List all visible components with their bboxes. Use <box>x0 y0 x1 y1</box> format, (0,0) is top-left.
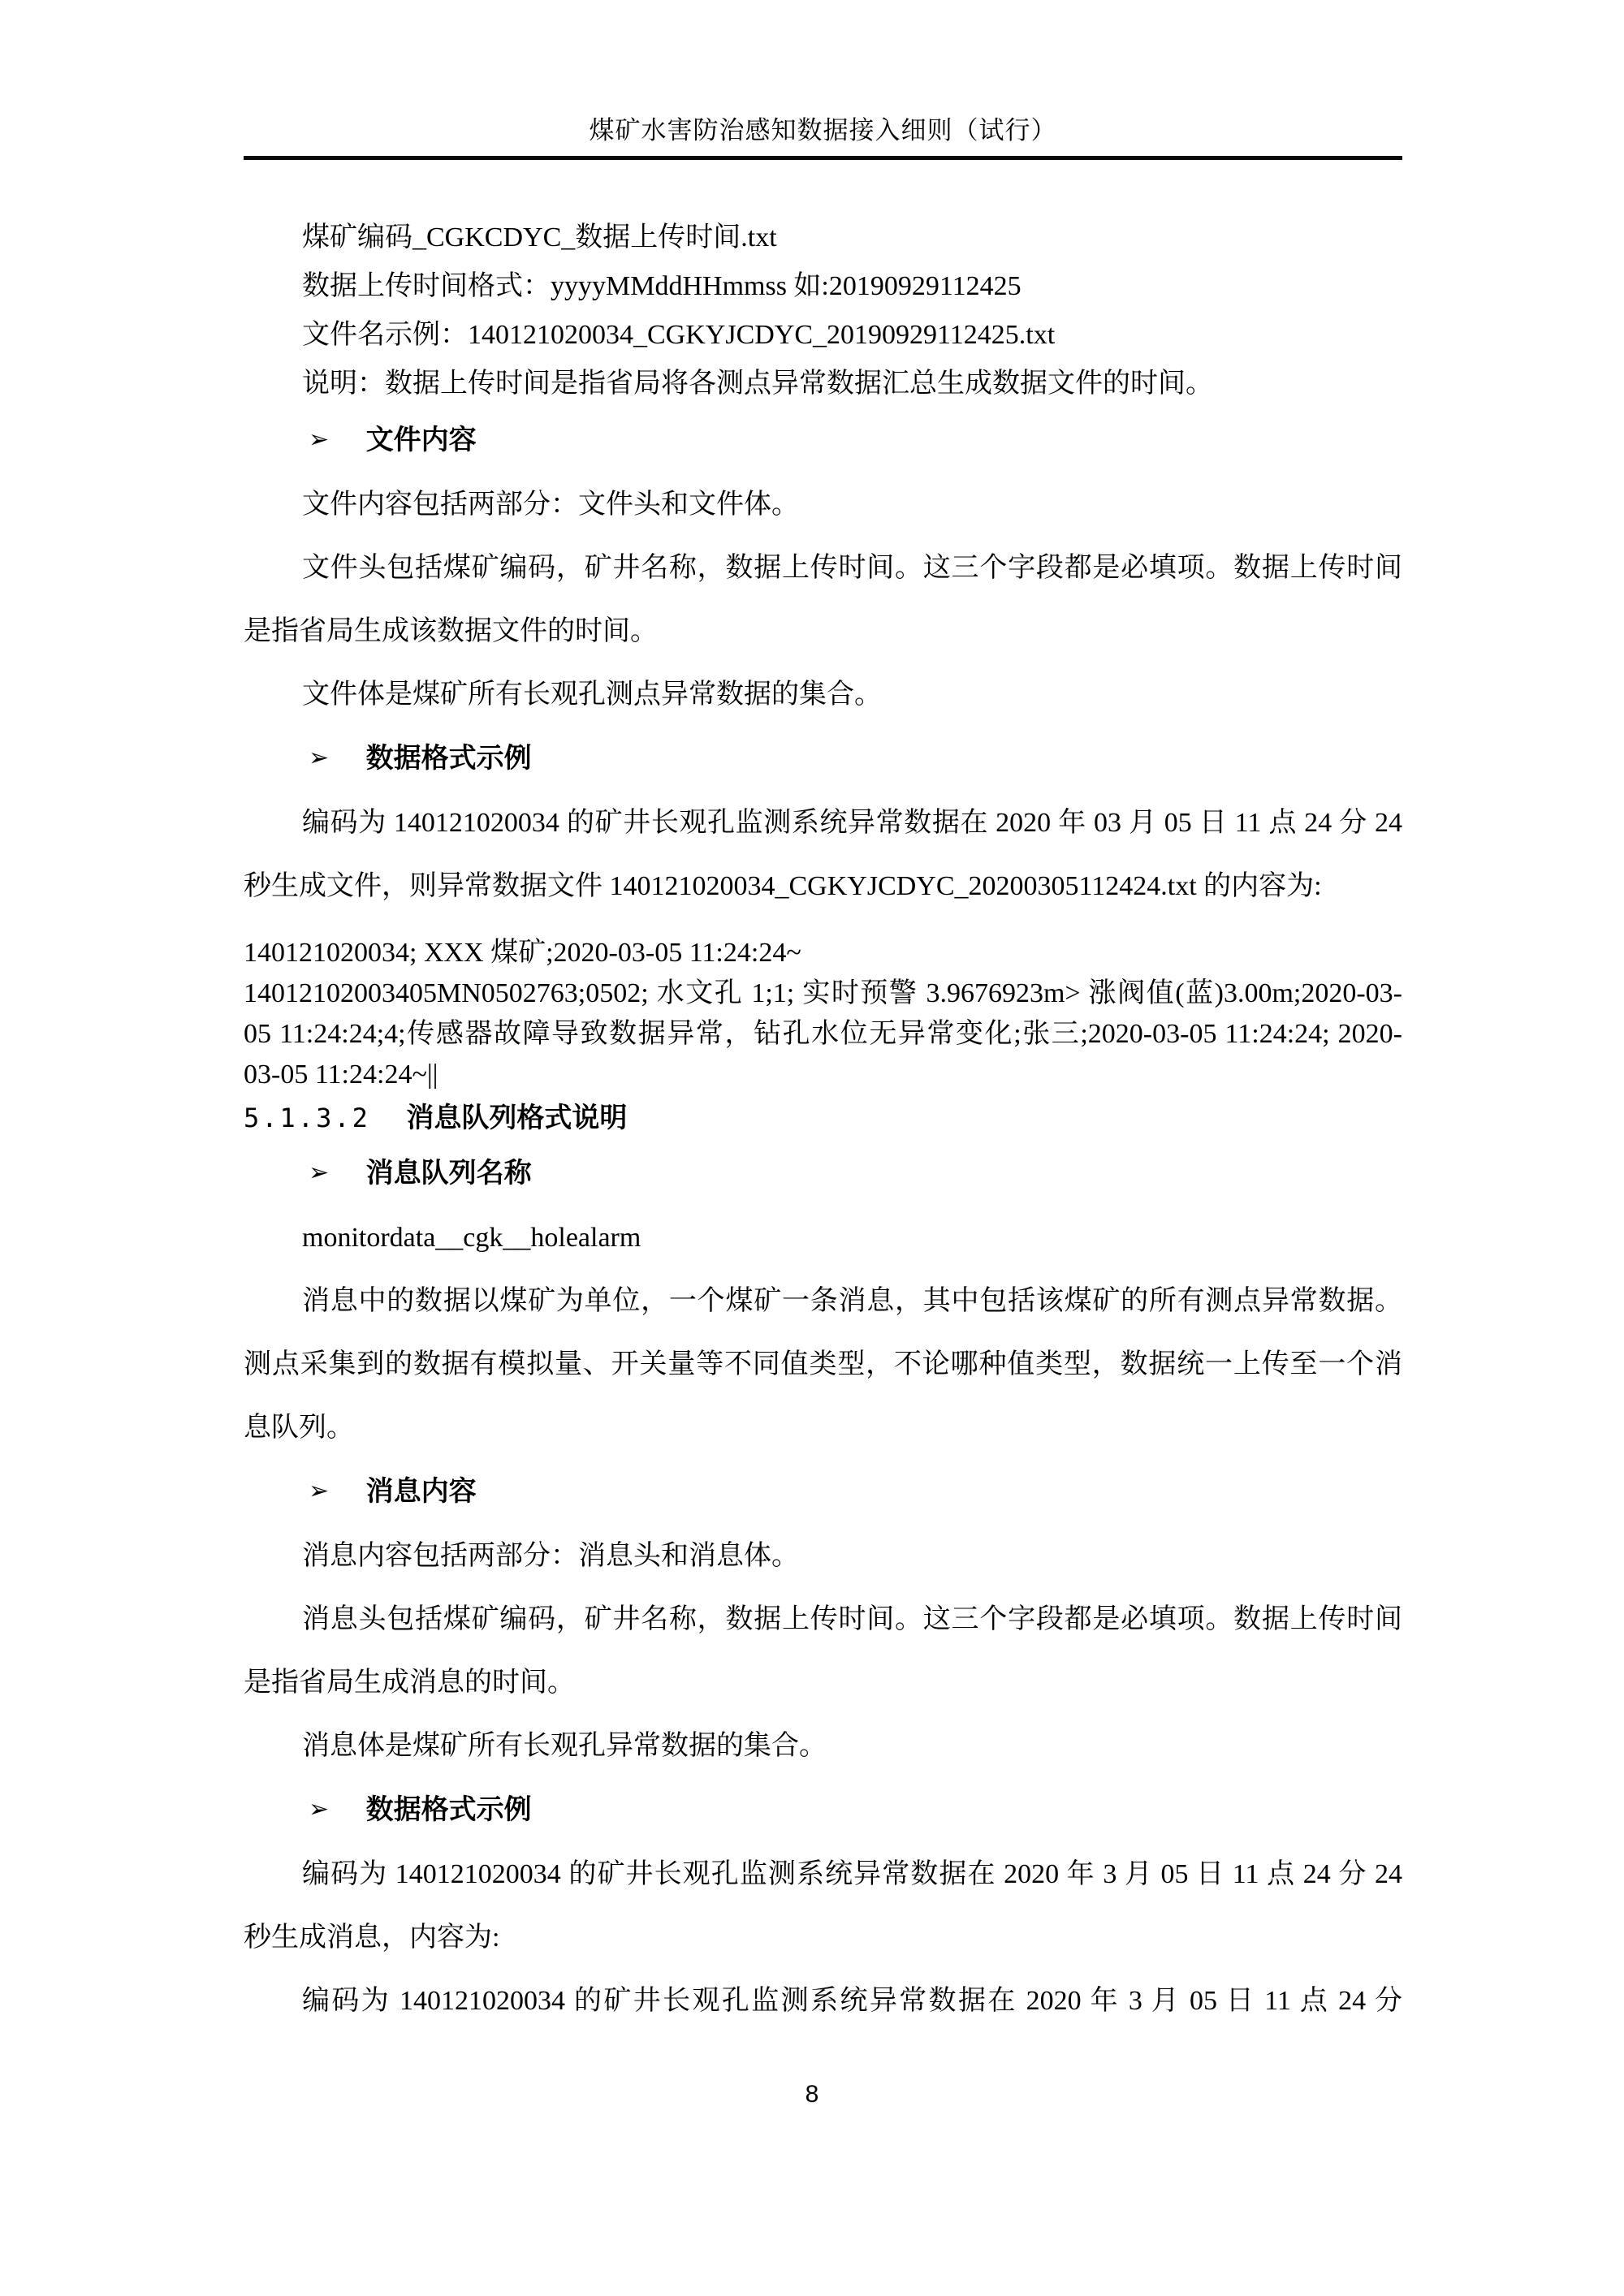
message-queue-name-line: monitordata__cgk__holealarm <box>244 1206 1402 1270</box>
file-name-template-line: 煤矿编码_CGKCDYC_数据上传时间.txt <box>244 214 1402 262</box>
arrow-bullet-icon: ➢ <box>309 1159 329 1187</box>
message-example-description: 编码为 140121020034 的矿井长观孔监测系统异常数据在 2020 年 … <box>244 1843 1402 1970</box>
file-note-line: 说明：数据上传时间是指省局将各测点异常数据汇总生成数据文件的时间。 <box>244 360 1402 408</box>
arrow-bullet-icon: ➢ <box>309 425 329 454</box>
file-header-description: 文件头包括煤矿编码，矿井名称，数据上传时间。这三个字段都是必填项。数据上传时间是… <box>244 537 1402 663</box>
bullet-heading-label: 数据格式示例 <box>366 743 532 774</box>
message-header-description: 消息头包括煤矿编码，矿井名称，数据上传时间。这三个字段都是必填项。数据上传时间是… <box>244 1588 1402 1715</box>
document-page: 煤矿水害防治感知数据接入细则（试行） 煤矿编码_CGKCDYC_数据上传时间.t… <box>0 0 1624 2296</box>
bullet-heading-file-content: ➢ 文件内容 <box>244 408 1402 473</box>
message-content-intro: 消息内容包括两部分：消息头和消息体。 <box>244 1525 1402 1588</box>
arrow-bullet-icon: ➢ <box>309 1477 329 1505</box>
message-example-description-continued: 编码为 140121020034 的矿井长观孔监测系统异常数据在 2020 年 … <box>244 1970 1402 2033</box>
message-unit-description: 消息中的数据以煤矿为单位，一个煤矿一条消息，其中包括该煤矿的所有测点异常数据。测… <box>244 1270 1402 1460</box>
page-header: 煤矿水害防治感知数据接入细则（试行） <box>244 0 1402 160</box>
file-name-example-line: 文件名示例：140121020034_CGKYJCDYC_20190929112… <box>244 311 1402 360</box>
file-content-intro: 文件内容包括两部分：文件头和文件体。 <box>244 473 1402 537</box>
arrow-bullet-icon: ➢ <box>309 1795 329 1823</box>
header-title: 煤矿水害防治感知数据接入细则（试行） <box>244 115 1402 146</box>
document-body: 煤矿编码_CGKCDYC_数据上传时间.txt 数据上传时间格式：yyyyMMd… <box>244 214 1402 2033</box>
upload-time-format-line: 数据上传时间格式：yyyyMMddHHmmss 如:20190929112425 <box>244 262 1402 311</box>
arrow-bullet-icon: ➢ <box>309 744 329 772</box>
file-example-data-body-line: 14012102003405MN0502763;0502; 水文孔 1;1; 实… <box>244 973 1402 1095</box>
file-example-data-header-line: 140121020034; XXX 煤矿;2020-03-05 11:24:24… <box>244 933 1402 973</box>
bullet-heading-message-queue-name: ➢ 消息队列名称 <box>244 1142 1402 1206</box>
bullet-heading-label: 消息内容 <box>366 1476 477 1507</box>
section-heading-message-queue-format: 5.1.3.2 消息队列格式说明 <box>244 1095 1402 1142</box>
file-body-description: 文件体是煤矿所有长观孔测点异常数据的集合。 <box>244 663 1402 727</box>
page-footer: 8 <box>0 2078 1624 2111</box>
bullet-heading-label: 数据格式示例 <box>366 1794 532 1825</box>
file-example-description: 编码为 140121020034 的矿井长观孔监测系统异常数据在 2020 年 … <box>244 792 1402 918</box>
section-title: 消息队列格式说明 <box>406 1103 627 1133</box>
section-number: 5.1.3.2 <box>244 1103 370 1133</box>
bullet-heading-file-data-format-example: ➢ 数据格式示例 <box>244 727 1402 792</box>
file-example-data: 140121020034; XXX 煤矿;2020-03-05 11:24:24… <box>244 933 1402 1095</box>
bullet-heading-label: 消息队列名称 <box>366 1158 532 1189</box>
message-body-description: 消息体是煤矿所有长观孔异常数据的集合。 <box>244 1715 1402 1778</box>
bullet-heading-message-data-format-example: ➢ 数据格式示例 <box>244 1778 1402 1843</box>
bullet-heading-label: 文件内容 <box>366 425 477 455</box>
bullet-heading-message-content: ➢ 消息内容 <box>244 1460 1402 1525</box>
page-number: 8 <box>806 2081 819 2108</box>
